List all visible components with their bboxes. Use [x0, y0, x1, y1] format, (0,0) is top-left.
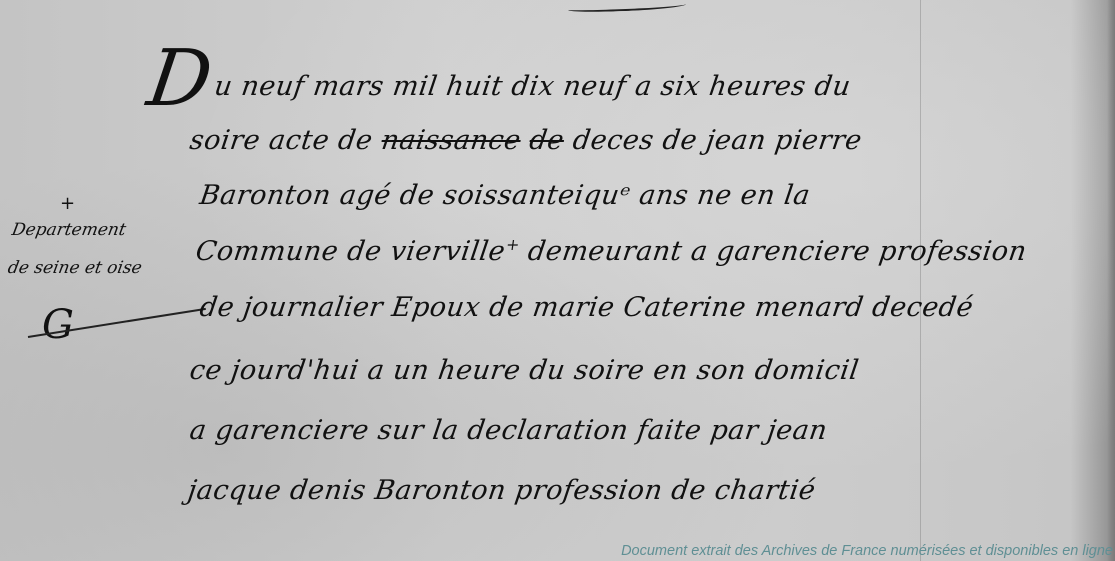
line-2-text-start: soire acte de [188, 125, 384, 156]
margin-note-line-2: de seine et oise [6, 258, 143, 278]
pen-stroke-top [568, 1, 686, 13]
decorative-initial: D [143, 40, 217, 118]
margin-note-line-1: Departement [10, 220, 127, 240]
line-2-text-end: deces de jean pierre [562, 125, 864, 156]
archive-watermark: Document extrait des Archives de France … [621, 543, 1113, 559]
handwritten-line-4: Commune de vierville+ demeurant a garenc… [194, 235, 1029, 267]
line-4-text-end: demeurant a garenciere profession [517, 236, 1029, 267]
handwritten-line-2: soire acte de naissance de deces de jean… [188, 125, 864, 156]
handwritten-line-1: Du neuf mars mil huit dix neuf a six heu… [145, 30, 859, 108]
handwritten-line-5: de journalier Epoux de marie Caterine me… [198, 292, 975, 323]
scanned-document-page: + Departement de seine et oise G Du neuf… [0, 0, 1115, 561]
handwritten-line-7: a garenciere sur la declaration faite pa… [188, 415, 830, 446]
page-right-edge-shadow [1107, 0, 1115, 561]
margin-insert-mark: + [60, 193, 75, 214]
paper-fold-line [920, 0, 921, 561]
struck-word-naissance: naissance [380, 125, 523, 156]
struck-word-de: de [528, 125, 567, 156]
margin-paraph-initial: G [42, 302, 74, 348]
handwritten-line-3: Baronton agé de soissanteiquᵉ ans ne en … [198, 180, 812, 211]
handwritten-line-6: ce jourd'hui a un heure du soire en son … [188, 355, 861, 386]
line-1-text: u neuf mars mil huit dix neuf a six heur… [212, 71, 852, 102]
handwritten-line-8: jacque denis Baronton profession de char… [186, 475, 818, 506]
line-4-text-start: Commune de vierville [194, 236, 508, 267]
